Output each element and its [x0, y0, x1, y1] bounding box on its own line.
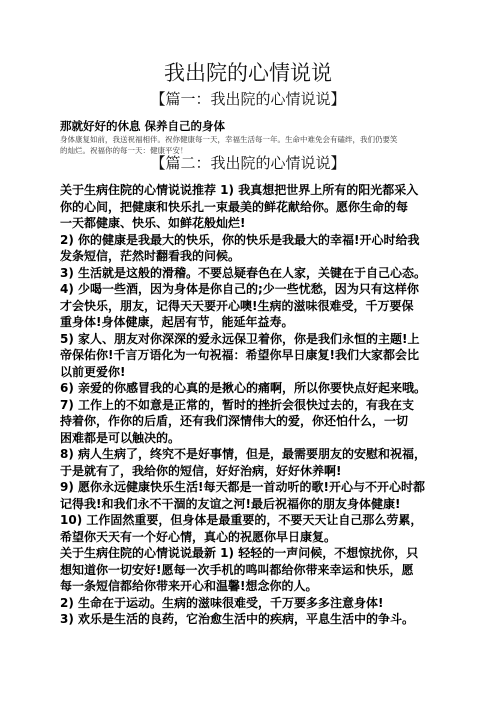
text-line: 每一条短信都给你带来开心和温馨!想念你的人。 [60, 578, 442, 595]
text-line: 10) 工作固然重要，但身体是最重要的，不要天天让自己那么劳累， [60, 512, 442, 529]
document-title: 我出院的心情说说 [0, 60, 496, 86]
text-line: 希望你天天有一个好心情，真心的祝愿你早日康复。 [60, 529, 442, 546]
document-page: 我出院的心情说说 【篇一：我出院的心情说说】 那就好好的休息 保养自己的身体 身… [0, 0, 496, 702]
text-line: 发条短信，茫然时翻看我的问候。 [60, 248, 442, 265]
text-line: 于是就有了，我给你的短信，好好治病，好好休养啊! [60, 463, 442, 480]
text-line: 想知道你一切安好!愿每一次手机的鸣叫都给你带来幸运和快乐，愿 [60, 562, 442, 579]
section-1-subheading: 那就好好的休息 保养自己的身体 [60, 119, 225, 134]
text-line: 7) 工作上的不如意是正常的，暂时的挫折会很快过去的，有我在支 [60, 397, 442, 414]
text-line: 9) 愿你永远健康快乐生活!每天都是一首动听的歌!开心与不开心时都 [60, 479, 442, 496]
text-line: 帝保佑你!千言万语化为一句祝福：希望你早日康复!我们大家都会比 [60, 347, 442, 364]
text-line: 4) 少喝一些酒，因为身体是你自己的;少一些忧愁，因为只有这样你 [60, 281, 442, 298]
text-line: 你的心间，把健康和快乐扎一束最美的鲜花献给你。愿你生命的每 [60, 199, 442, 216]
text-line: 3) 生活就是这般的滑稽。不要总疑春色在人家，关键在于自己心态。 [60, 265, 442, 282]
text-line: 以前更爱你! [60, 364, 442, 381]
section-2-body: 关于生病住院的心情说说推荐 1) 我真想把世界上所有的阳光都采入 你的心间，把健… [60, 182, 442, 628]
text-line: 6) 亲爱的你感冒我的心真的是揪心的痛啊，所以你要快点好起来哦。 [60, 380, 442, 397]
text-line: 重身体!身体健康，起居有节，能延年益寿。 [60, 314, 442, 331]
text-line: 持着你，作你的后盾，还有我们深情伟大的爱，你还怕什么，一切 [60, 413, 442, 430]
text-line: 才会快乐，朋友，记得天天要开心噢!生病的滋味很难受，千万要保 [60, 298, 442, 315]
small-line: 身体康复如前，我送祝福相伴。祝你健康每一天，幸福生活每一年。生命中难免会有磕绊，… [60, 134, 440, 145]
text-line: 8) 病人生病了，终究不是好事情，但是，最需要朋友的安慰和祝福， [60, 446, 442, 463]
text-line: 2) 你的健康是我最大的快乐，你的快乐是我最大的幸福!开心时给我 [60, 232, 442, 249]
text-line: 2) 生命在于运动。生病的滋味很难受，千万要多多注意身体! [60, 595, 442, 612]
section-2-heading: 【篇二：我出院的心情说说】 [0, 153, 496, 173]
text-line: 关于生病住院的心情说说最新 1) 轻轻的一声问候，不想惊扰你，只 [60, 545, 442, 562]
text-line: 一天都健康、快乐、如鲜花般灿烂! [60, 215, 442, 232]
section-1-heading: 【篇一：我出院的心情说说】 [0, 89, 496, 109]
text-line: 5) 家人、朋友对你深深的爱永远保卫着你，你是我们永恒的主题!上 [60, 331, 442, 348]
text-line: 关于生病住院的心情说说推荐 1) 我真想把世界上所有的阳光都采入 [60, 182, 442, 199]
text-line: 记得我!和我们永不干涸的友谊之河!最后祝福你的朋友身体健康! [60, 496, 442, 513]
text-line: 困难都是可以触决的。 [60, 430, 442, 447]
text-line: 3) 欢乐是生活的良药，它治愈生活中的疾病，平息生活中的争斗。 [60, 611, 442, 628]
